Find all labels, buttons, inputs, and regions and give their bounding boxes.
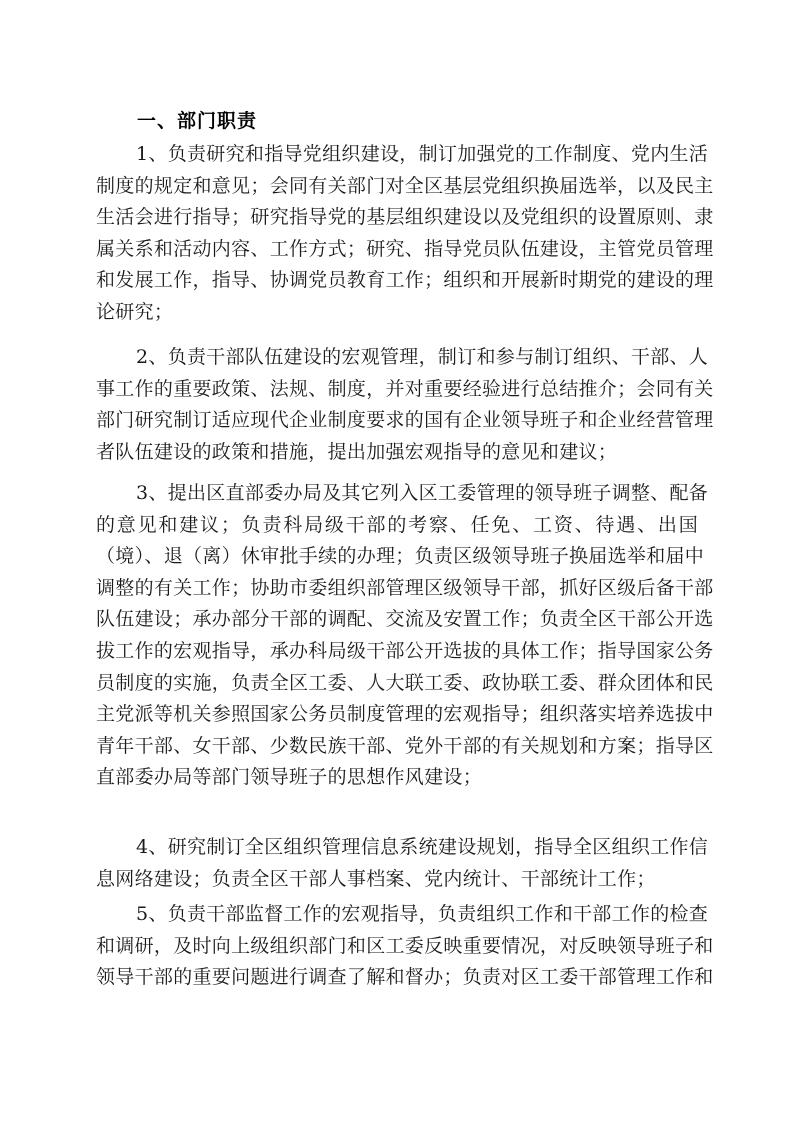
paragraph-line: 制度的规定和意见；会同有关部门对全区基层党组织换届选举，以及民主 xyxy=(96,171,698,203)
paragraph-line: 和调研，及时向上级组织部门和区工委反映重要情况，对反映领导班子和 xyxy=(96,931,698,963)
paragraph-line: 4、研究制订全区组织管理信息系统建设规划，指导全区组织工作信 xyxy=(96,832,698,864)
paragraph-line: 拔工作的宏观指导，承办科局级干部公开选拔的具体工作；指导国家公务 xyxy=(96,636,698,668)
paragraph-line: 员制度的实施，负责全区工委、人大联工委、政协联工委、群众团体和民 xyxy=(96,668,698,700)
paragraph-line: 直部委办局等部门领导班子的思想作风建设； xyxy=(96,762,698,794)
paragraph-line: 领导干部的重要问题进行调查了解和督办；负责对区工委干部管理工作和 xyxy=(96,962,698,994)
paragraph-line: 息网络建设；负责全区干部人事档案、党内统计、干部统计工作； xyxy=(96,864,698,896)
paragraph-line: 3、提出区直部委办局及其它列入区工委管理的领导班子调整、配备 xyxy=(96,478,698,510)
paragraph-line: 的意见和建议；负责科局级干部的考察、任免、工资、待遇、出国 xyxy=(96,510,698,542)
paragraph-line: 调整的有关工作；协助市委组织部管理区级领导干部，抓好区级后备干部 xyxy=(96,573,698,605)
paragraph-line: 2、负责干部队伍建设的宏观管理，制订和参与制订组织、干部、人 xyxy=(96,342,698,374)
paragraph-line: 部门研究制订适应现代企业制度要求的国有企业领导班子和企业经营管理 xyxy=(96,405,698,437)
paragraph-line: 5、负责干部监督工作的宏观指导，负责组织工作和干部工作的检查 xyxy=(96,899,698,931)
paragraph-line: 青年干部、女干部、少数民族干部、党外干部的有关规划和方案；指导区 xyxy=(96,731,698,763)
paragraph-4: 4、研究制订全区组织管理信息系统建设规划，指导全区组织工作信 息网络建设；负责全… xyxy=(96,832,698,895)
paragraph-line: 队伍建设；承办部分干部的调配、交流及安置工作；负责全区干部公开选 xyxy=(96,604,698,636)
paragraph-1: 1、负责研究和指导党组织建设，制订加强党的工作制度、党内生活 制度的规定和意见；… xyxy=(96,139,698,329)
section-heading: 一、部门职责 xyxy=(137,108,257,134)
paragraph-line: 论研究； xyxy=(96,297,698,329)
paragraph-5: 5、负责干部监督工作的宏观指导，负责组织工作和干部工作的检查 和调研，及时向上级… xyxy=(96,899,698,994)
document-page: 一、部门职责 1、负责研究和指导党组织建设，制订加强党的工作制度、党内生活 制度… xyxy=(0,0,793,1122)
paragraph-line: 1、负责研究和指导党组织建设，制订加强党的工作制度、党内生活 xyxy=(96,139,698,171)
paragraph-line: （境）、退（离）休审批手续的办理；负责区级领导班子换届选举和届中 xyxy=(96,541,698,573)
paragraph-line: 主党派等机关参照国家公务员制度管理的宏观指导；组织落实培养选拔中 xyxy=(96,699,698,731)
paragraph-line: 生活会进行指导；研究指导党的基层组织建设以及党组织的设置原则、隶 xyxy=(96,202,698,234)
paragraph-2: 2、负责干部队伍建设的宏观管理，制订和参与制订组织、干部、人 事工作的重要政策、… xyxy=(96,342,698,468)
paragraph-line: 和发展工作，指导、协调党员教育工作；组织和开展新时期党的建设的理 xyxy=(96,265,698,297)
paragraph-3: 3、提出区直部委办局及其它列入区工委管理的领导班子调整、配备 的意见和建议；负责… xyxy=(96,478,698,794)
paragraph-line: 者队伍建设的政策和措施，提出加强宏观指导的意见和建议； xyxy=(96,437,698,469)
paragraph-line: 事工作的重要政策、法规、制度，并对重要经验进行总结推介；会同有关 xyxy=(96,374,698,406)
paragraph-line: 属关系和活动内容、工作方式；研究、指导党员队伍建设，主管党员管理 xyxy=(96,234,698,266)
